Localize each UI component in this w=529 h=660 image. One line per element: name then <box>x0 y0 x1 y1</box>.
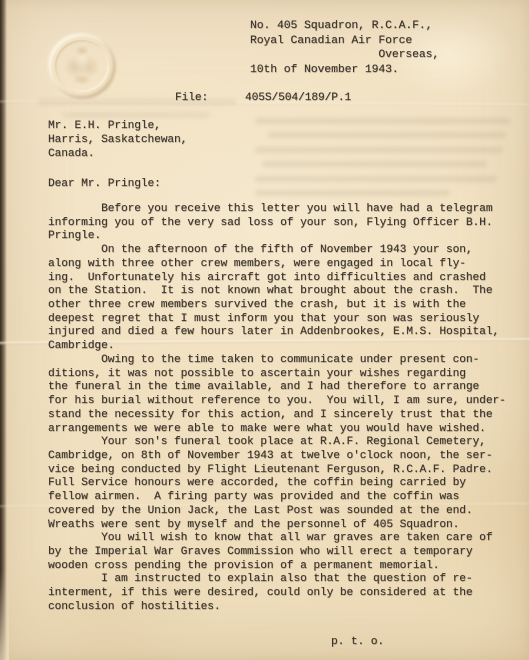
ink-bleed-through <box>255 176 497 182</box>
letterhead-address: No. 405 Squadron, R.C.A.F., Royal Canadi… <box>250 19 439 77</box>
scan-edge-fade <box>0 570 9 660</box>
scanned-letter-page: No. 405 Squadron, R.C.A.F., Royal Canadi… <box>0 0 529 660</box>
file-reference-line: File: 405S/504/189/P.1 <box>0 92 529 108</box>
file-label: File: <box>175 92 208 104</box>
ink-bleed-through <box>268 132 506 138</box>
salutation: Dear Mr. Pringle: <box>48 178 161 190</box>
ink-bleed-through <box>262 161 487 167</box>
ink-bleed-through <box>255 118 510 124</box>
ink-bleed-through <box>62 112 210 118</box>
file-number: 405S/504/189/P.1 <box>245 92 351 104</box>
recipient-address: Mr. E.H. Pringle, Harris, Saskatchewan, … <box>48 119 187 162</box>
pto-note: p. t. o. <box>331 636 384 648</box>
royal-coat-of-arms-embossed-seal-icon <box>49 34 115 98</box>
ink-bleed-through <box>255 190 450 196</box>
ink-bleed-through <box>255 147 503 153</box>
letter-body: Before you receive this letter you will … <box>48 203 520 615</box>
